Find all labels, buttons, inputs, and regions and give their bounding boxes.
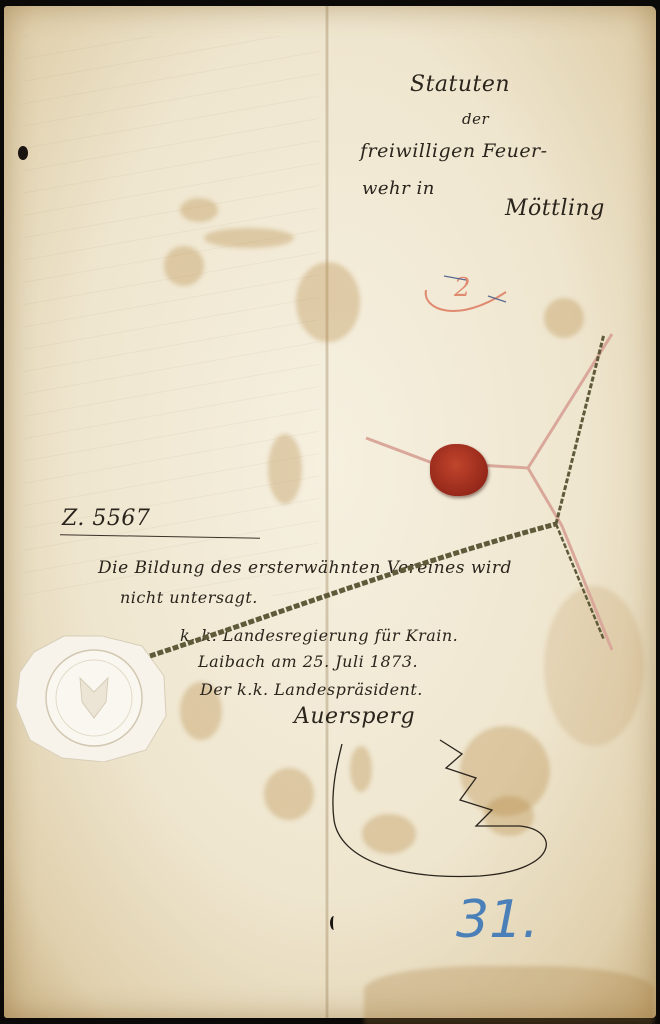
title-line: wehr in (362, 178, 435, 199)
svg-text:2: 2 (453, 273, 471, 303)
center-fold (325, 6, 329, 1018)
wax-seal (430, 444, 488, 496)
approval-line: Der k.k. Landespräsident. (200, 680, 423, 699)
approval-line: Laibach am 25. Juli 1873. (198, 652, 418, 671)
reference-number: Z. 5567 (62, 506, 150, 531)
stain (164, 246, 204, 286)
embossed-seal (14, 632, 174, 762)
ink-blot (18, 146, 28, 160)
title-line: Statuten (410, 72, 510, 97)
title-line: Möttling (505, 196, 605, 221)
stain (180, 198, 218, 222)
stain (296, 262, 360, 342)
title-line: der (462, 110, 489, 128)
ink-mark (330, 916, 338, 930)
stain (364, 966, 654, 1024)
stain (350, 746, 372, 792)
approval-line: k. k. Landesregierung für Krain. (180, 626, 458, 645)
stain (268, 434, 302, 504)
signature: Auersperg (294, 704, 415, 729)
stain (362, 814, 416, 854)
stain (204, 228, 294, 248)
approval-line: Die Bildung des ersterwähnten Vereines w… (98, 558, 512, 578)
title-line: freiwilligen Feuer- (360, 140, 548, 162)
stain (484, 796, 534, 836)
approval-line: nicht untersagt. (120, 588, 258, 607)
stain (544, 298, 584, 338)
stain (264, 768, 314, 820)
archive-number: 31. (456, 890, 539, 950)
red-pencil-mark: 2 (418, 262, 518, 322)
stain (544, 586, 644, 746)
